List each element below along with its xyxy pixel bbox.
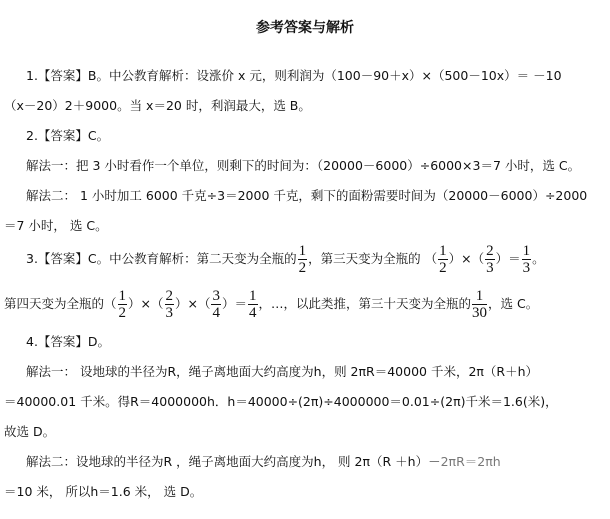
q3-text: ）×（: [175, 296, 210, 311]
q4-method1-line3: 故选 D。: [4, 422, 55, 440]
q3-text: 第四天变为全瓶的（: [4, 296, 117, 311]
q4-text: 解法二：设地球的半径为R ，绳子离地面大约高度为h， 则 2π（R ＋h）－: [26, 454, 441, 469]
q3-text: ）×（: [128, 296, 163, 311]
q3-text: ）＝: [496, 251, 521, 266]
q4-method1-line2: ＝40000.01 千米。得R＝4000000h．h＝40000÷(2π)÷40…: [4, 392, 558, 410]
q3-text: ，第三天变为全瓶的 （: [308, 251, 437, 266]
fraction-1-4: 14: [248, 288, 258, 321]
page-title: 参考答案与解析: [0, 17, 610, 37]
fraction-3-4: 34: [211, 288, 221, 321]
q3-line1: 3.【答案】C。中公教育解析：第二天变为全瓶的12，第三天变为全瓶的 （12）×…: [26, 243, 545, 276]
fraction-1-2: 12: [118, 288, 128, 321]
fraction-1-30: 130: [472, 288, 487, 321]
q2-header: 2.【答案】C。: [26, 126, 109, 144]
q4-text-gray: 2πR＝2πh: [441, 454, 501, 469]
fraction-2-3: 23: [485, 243, 495, 276]
q3-text: 。: [532, 251, 545, 266]
q1-line1: 1.【答案】B。中公教育解析：设涨价 x 元，则利润为（100－90＋x）×（5…: [26, 66, 562, 84]
fraction-1-3: 13: [522, 243, 532, 276]
q3-text: ）＝: [222, 296, 247, 311]
fraction-2-3: 23: [165, 288, 175, 321]
q3-text: ，…，以此类推，第三十天变为全瓶的: [259, 296, 472, 311]
q4-header: 4.【答案】D。: [26, 332, 110, 350]
q2-method1: 解法一：把 3 小时看作一个单位，则剩下的时间为：（20000－6000）÷60…: [26, 156, 580, 174]
q3-line2: 第四天变为全瓶的（12）×（23）×（34）＝14，…，以此类推，第三十天变为全…: [4, 288, 538, 321]
q2-method2-line1: 解法二： 1 小时加工 6000 千克÷3＝2000 千克，剩下的面粉需要时间为…: [26, 186, 587, 204]
q4-method1-line1: 解法一： 设地球的半径为R，绳子离地面大约高度为h，则 2πR＝40000 千米…: [26, 362, 538, 380]
q4-method2-line1: 解法二：设地球的半径为R ，绳子离地面大约高度为h， 则 2π（R ＋h）－2π…: [26, 452, 501, 470]
q3-text: ）×（: [449, 251, 484, 266]
fraction-1-2: 12: [438, 243, 448, 276]
q3-text: ，选 C。: [488, 296, 538, 311]
q3-text: 3.【答案】C。中公教育解析：第二天变为全瓶的: [26, 251, 297, 266]
fraction-1-2: 12: [298, 243, 308, 276]
q4-method2-line2: ＝10 米， 所以h＝1.6 米， 选 D。: [4, 482, 202, 500]
q2-method2-line2: ＝7 小时， 选 C。: [4, 216, 108, 234]
q1-line2: （x－20）2＋9000。当 x＝20 时，利润最大，选 B。: [4, 96, 311, 114]
